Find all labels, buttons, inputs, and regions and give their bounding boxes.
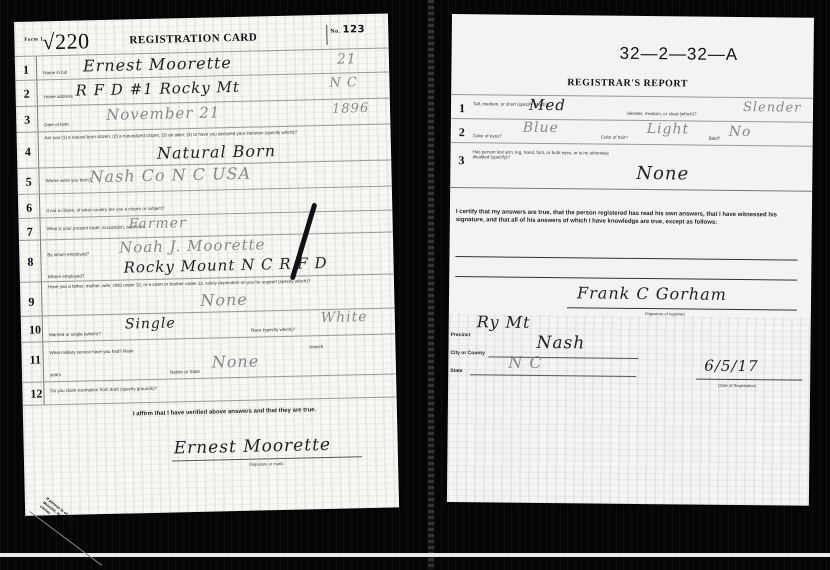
marital-value: Single: [125, 315, 176, 332]
row-label: By whom employed?: [47, 251, 89, 257]
dependents-value: None: [200, 290, 248, 310]
exception-line: [455, 256, 797, 261]
eye-color-value: Blue: [523, 120, 559, 136]
row-label: Color of eyes?: [473, 133, 502, 138]
county-value: Nash: [536, 333, 585, 354]
build-value: Slender: [743, 100, 802, 116]
race-value: White: [321, 309, 368, 326]
row-label: Home address: [44, 94, 73, 100]
birthplace-value: Nash Co N C USA: [89, 164, 251, 187]
row-label: Where were you born?: [46, 177, 92, 183]
row-label: Do you claim exemption from draft (speci…: [50, 386, 157, 393]
row-label: Has person lost arm, leg, hand, foot, or…: [472, 149, 612, 160]
row-label: Nation or State: [170, 369, 200, 375]
citizenship-value: Natural Born: [157, 141, 276, 163]
registrar-caption: (Signature of registrar): [645, 311, 685, 316]
registration-date: 6/5/17: [704, 357, 758, 376]
row-number: 2: [23, 80, 38, 106]
row-label: Married or single (which)?: [49, 331, 101, 337]
row-label: Name in full: [43, 70, 67, 76]
row-number: 2: [459, 119, 473, 143]
row-label: Where employed?: [48, 273, 85, 279]
serial-code: 32—2—32—A: [619, 44, 738, 65]
film-divider: [428, 0, 434, 570]
row-number: 12: [30, 382, 44, 404]
height-value: Med: [529, 96, 566, 114]
county-label: City or County: [450, 350, 485, 356]
age-value: 21: [337, 51, 357, 67]
row-label: Slender, medium, or stout (which)?: [627, 111, 697, 117]
card-title: REGISTRATION CARD: [129, 31, 257, 46]
registrar-signature-line: [567, 307, 797, 310]
row-label: Race (specify which)?: [251, 327, 295, 333]
registrars-report-card: 32—2—32—A REGISTRAR'S REPORT 1 Tall, med…: [447, 14, 814, 506]
report-title: REGISTRAR'S REPORT: [567, 77, 688, 89]
registration-card: Form 1 √220 REGISTRATION CARD No. 123 1 …: [14, 14, 399, 516]
row-number: 9: [28, 282, 43, 316]
row-number: 3: [458, 143, 472, 187]
serial-number: √220: [42, 28, 90, 55]
state-value: N C: [329, 75, 358, 91]
row-label: If not a citizen, of what country are yo…: [46, 206, 164, 214]
row-disability: 3 Has person lost arm, leg, hand, foot, …: [450, 142, 812, 192]
bald-value: No: [729, 124, 752, 140]
number-value: 123: [342, 24, 365, 36]
state-label: State: [450, 368, 462, 374]
employer-value: Noah J. Moorette: [119, 235, 266, 256]
registrar-signature: Frank C Gorham: [577, 283, 727, 304]
state-value: N C: [508, 353, 543, 372]
row-number: 11: [29, 342, 44, 382]
precinct-value: Ry Mt: [477, 312, 531, 332]
certification-text: I certify that my answers are true, that…: [456, 208, 802, 228]
row-label: Color of hair?: [601, 135, 628, 140]
row-label: What military service have you had? Rank: [49, 348, 133, 355]
row-number: 1: [459, 95, 473, 119]
film-edge: [0, 553, 830, 557]
birth-date-value: November 21: [106, 103, 221, 124]
date-caption: (Date of Registration): [718, 383, 756, 388]
row-number: 3: [24, 106, 39, 132]
row-number: 1: [23, 56, 38, 80]
row-number: 8: [27, 240, 42, 282]
disability-value: None: [636, 163, 689, 185]
number-label: No.: [330, 29, 340, 35]
row-label: years: [50, 372, 61, 377]
row-number: 7: [26, 218, 40, 240]
number-box: No. 123: [326, 24, 378, 45]
row-number: 10: [29, 316, 44, 342]
row-number: 6: [26, 194, 41, 218]
occupation-value: Farmer: [128, 215, 186, 232]
name-value: Ernest Moorette: [83, 53, 232, 75]
paper-texture: [447, 314, 811, 506]
row-number: 5: [25, 168, 40, 194]
exception-line: [455, 276, 797, 281]
row-label: Bald?: [709, 136, 721, 141]
address-value: R F D #1 Rocky Mt: [75, 78, 240, 100]
precinct-label: Precinct: [451, 332, 471, 338]
row-number: 4: [25, 132, 40, 168]
hair-color-value: Light: [647, 121, 690, 137]
row-label: Are you (1) a natural born citizen, (2) …: [45, 128, 385, 141]
birth-year-value: 1896: [332, 101, 369, 117]
row-label: Date of birth: [44, 122, 69, 128]
registrant-signature: Ernest Moorette: [173, 435, 331, 459]
row-label: branch: [309, 344, 323, 349]
form-label: Form 1: [24, 37, 43, 42]
military-value: None: [212, 352, 260, 372]
signature-caption: (Signature or mark): [249, 461, 284, 467]
